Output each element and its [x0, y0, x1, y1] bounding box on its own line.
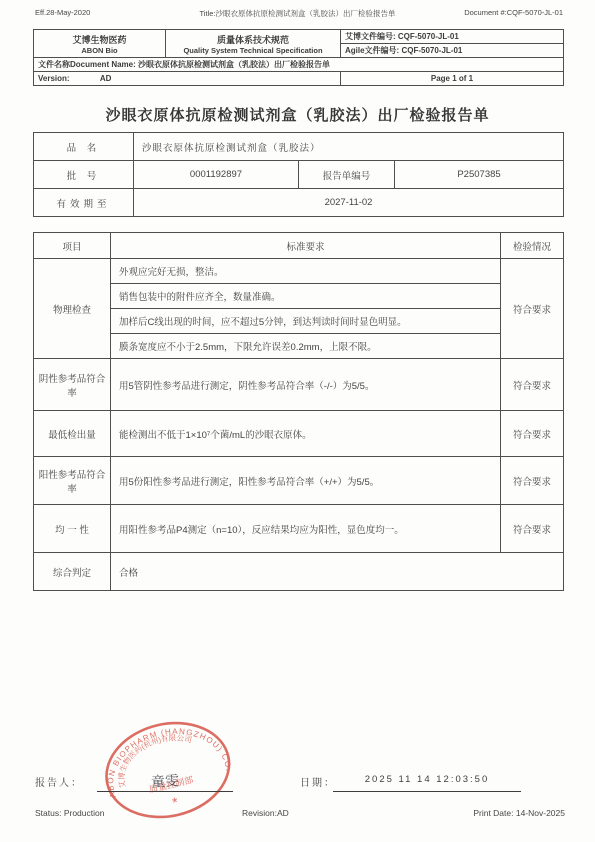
positive-result: 符合要求: [501, 457, 564, 505]
report-no-label: 报告单编号: [299, 161, 395, 189]
positive-label: 阳性参考品符合率: [34, 457, 111, 505]
batch-label: 批 号: [34, 161, 134, 189]
physical-check-label: 物理检查: [34, 259, 111, 359]
agile-doc-no: Agile文件编号: CQF-5070-JL-01: [341, 44, 564, 58]
physical-req-2: 销售包装中的附件应齐全，数量准确。: [111, 284, 501, 309]
uniformity-label: 均 一 性: [34, 505, 111, 553]
version-value: AD: [100, 74, 112, 83]
version-label: Version:: [38, 74, 70, 83]
report-no-value: P2507385: [395, 161, 564, 189]
expiry-value: 2027-11-02: [134, 189, 564, 217]
spec-cell: 质量体系技术规范 Quality System Technical Specif…: [166, 30, 341, 58]
expiry-label: 有效期至: [34, 189, 134, 217]
company-cell: 艾博生物医药 ABON Bio: [34, 30, 166, 58]
top-meta-line: Eff.28-May-2020 Title:沙眼衣原体抗原检测试剂盒（乳胶法）出…: [0, 8, 595, 20]
footer-status: Status: Production: [35, 808, 104, 818]
product-name-label: 品 名: [34, 133, 134, 161]
overall-value: 合格: [111, 553, 564, 591]
negative-requirement: 用5管阴性参考品进行测定，阴性参考品符合率（-/-）为5/5。: [111, 359, 501, 411]
col-header-requirement: 标准要求: [111, 233, 501, 259]
spec-title-en: Quality System Technical Specification: [166, 46, 340, 55]
company-name-en: ABON Bio: [34, 46, 165, 55]
inspection-report-page: Eff.28-May-2020 Title:沙眼衣原体抗原检测试剂盒（乳胶法）出…: [0, 0, 595, 842]
reporter-signature-name: 童雯: [150, 770, 179, 791]
print-footer: Status: Production Revision:AD Print Dat…: [0, 808, 595, 820]
lod-result: 符合要求: [501, 411, 564, 457]
date-value: 2025 11 14 12:03:50: [365, 768, 489, 785]
col-header-item: 项目: [34, 233, 111, 259]
physical-req-4: 膜条宽度应不小于2.5mm，下限允许误差0.2mm，上限不限。: [111, 334, 501, 359]
lod-requirement: 能检测出不低于1×10⁷个菌/mL的沙眼衣原体。: [111, 411, 501, 457]
footer-print-date: Print Date: 14-Nov-2025: [473, 808, 565, 818]
positive-requirement: 用5份阳性参考品进行测定，阳性参考品符合率（+/+）为5/5。: [111, 457, 501, 505]
company-name-cn: 艾博生物医药: [34, 33, 165, 46]
uniformity-result: 符合要求: [501, 505, 564, 553]
physical-req-3: 加样后C线出现的时间，应不超过5分钟，到达判读时间时显色明显。: [111, 309, 501, 334]
abon-doc-no: 艾博文件编号: CQF-5070-JL-01: [341, 30, 564, 44]
page-info: Page 1 of 1: [341, 72, 564, 86]
document-name-row: 文件名称Document Name: 沙眼衣原体抗原检测试剂盒（乳胶法）出厂检验…: [34, 58, 564, 72]
document-number: Document #:CQF-5070-JL-01: [464, 8, 563, 17]
footer-revision: Revision:AD: [242, 808, 289, 818]
date-label: 日期：: [300, 774, 336, 789]
date-line: 2025 11 14 12:03:50: [333, 768, 521, 792]
uniformity-requirement: 用阳性参考品P4测定（n=10），反应结果均应为阳性，显色度均一。: [111, 505, 501, 553]
spec-title-cn: 质量体系技术规范: [166, 33, 340, 46]
page-title: 沙眼衣原体抗原检测试剂盒（乳胶法）出厂检验报告单: [0, 104, 595, 125]
col-header-result: 检验情况: [501, 233, 564, 259]
batch-value: 0001192897: [134, 161, 299, 189]
negative-label: 阴性参考品符合率: [34, 359, 111, 411]
version-cell: Version: AD: [34, 72, 341, 86]
reporter-label: 报告人：: [35, 774, 83, 789]
product-name-value: 沙眼衣原体抗原检测试剂盒（乳胶法）: [134, 133, 564, 161]
physical-req-1: 外观应完好无损，整洁。: [111, 259, 501, 284]
inspection-table: 项目 标准要求 检验情况 物理检查 外观应完好无损，整洁。 符合要求 销售包装中…: [33, 232, 564, 591]
physical-result: 符合要求: [501, 259, 564, 359]
lod-label: 最低检出量: [34, 411, 111, 457]
reporter-signature-line: 童雯: [97, 768, 233, 792]
overall-label: 综合判定: [34, 553, 111, 591]
product-info-table: 品 名 沙眼衣原体抗原检测试剂盒（乳胶法） 批 号 0001192897 报告单…: [33, 132, 564, 217]
negative-result: 符合要求: [501, 359, 564, 411]
header-table: 艾博生物医药 ABON Bio 质量体系技术规范 Quality System …: [33, 29, 564, 86]
